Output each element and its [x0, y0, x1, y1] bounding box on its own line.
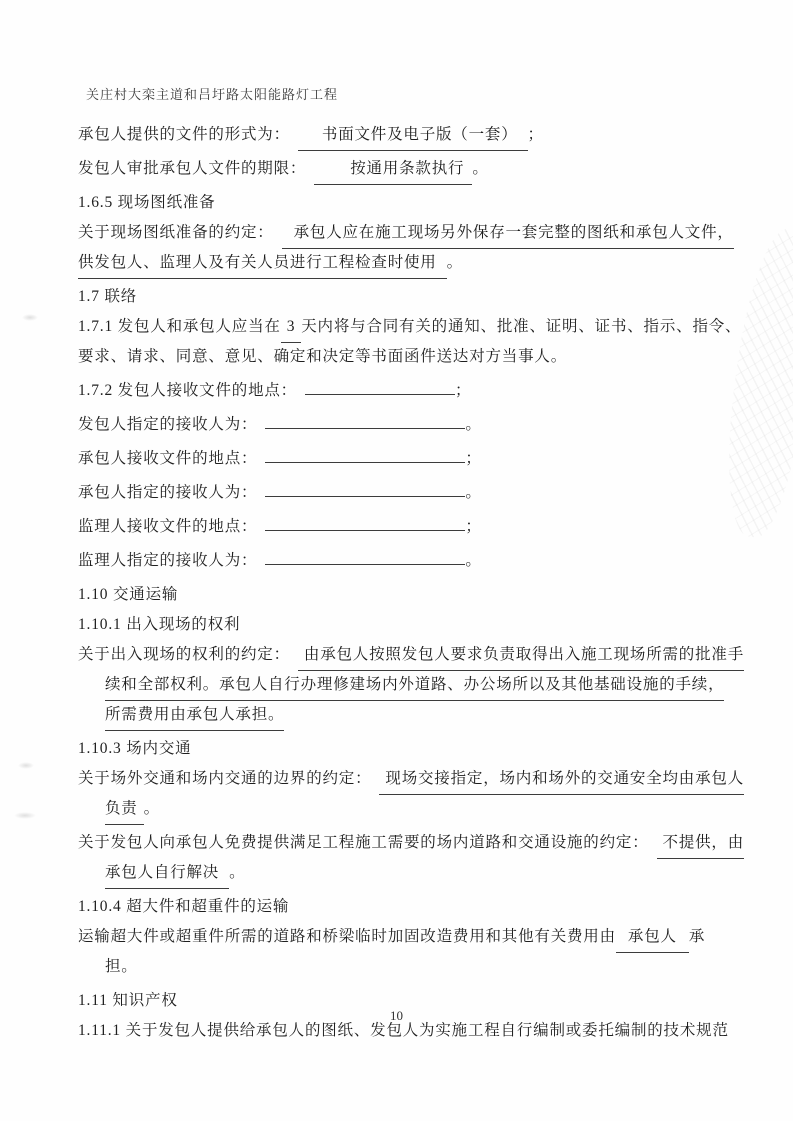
- line-1-7-1-b: 要求、请求、同意、意见、确定和决定等书面函件送达对方当事人。: [78, 342, 723, 372]
- access-label: 关于出入现场的权利的约定：: [78, 640, 290, 670]
- heading-1-6-5-text: 1.6.5 现场图纸准备: [78, 188, 215, 218]
- s171-pre: 1.7.1 发包人和承包人应当在: [78, 312, 281, 342]
- drawings-label: 关于现场图纸准备的约定：: [78, 218, 274, 248]
- boundary-fill-2: 负责: [105, 794, 144, 825]
- recipient-2-label: 承包人接收文件的地点：: [78, 444, 257, 474]
- boundary-label: 关于场外交通和场内交通的边界的约定：: [78, 764, 371, 794]
- page-number: 10: [0, 1008, 793, 1024]
- line-roads-2: 承包人自行解决。: [78, 858, 723, 888]
- s171-fill: 3: [281, 312, 302, 343]
- line-approval-period: 发包人审批承包人文件的期限：按通用条款执行。: [78, 154, 723, 184]
- approval-label: 发包人审批承包人文件的期限：: [78, 154, 306, 184]
- boundary-punct: 。: [144, 794, 160, 824]
- line-1-7-1-a: 1.7.1 发包人和承包人应当在3天内将与合同有关的通知、批准、证明、证书、指示…: [78, 312, 723, 342]
- recipient-1-blank-field: [265, 413, 465, 430]
- recipient-5-blank-field: [265, 549, 465, 566]
- heading-1-10-3: 1.10.3 场内交通: [78, 734, 723, 764]
- recipient-1-label: 发包人指定的接收人为：: [78, 410, 257, 440]
- recipient-2-punct: ；: [465, 444, 481, 474]
- line-1-7-2: 1.7.2 发包人接收文件的地点：；: [78, 376, 723, 406]
- file-format-punct: ；: [528, 120, 544, 150]
- recipient-3-punct: 。: [465, 478, 481, 508]
- recipient-2-blank-field: [265, 447, 465, 464]
- document-page: 关庄村大栾主道和吕圩路太阳能路灯工程 承包人提供的文件的形式为：书面文件及电子版…: [0, 0, 793, 1121]
- approval-fill: 按通用条款执行: [314, 154, 472, 185]
- heading-1-7-text: 1.7 联络: [78, 282, 137, 312]
- recipient-3-label: 承包人指定的接收人为：: [78, 478, 257, 508]
- scan-smudge-artifact: [22, 314, 38, 321]
- line-transport-2: 担。: [78, 952, 723, 982]
- s172-label: 1.7.2 发包人接收文件的地点：: [78, 376, 297, 406]
- drawings-fill-1: 承包人应在施工现场另外保存一套完整的图纸和承包人文件，: [282, 218, 734, 249]
- heading-1-10-4-text: 1.10.4 超大件和超重件的运输: [78, 892, 289, 922]
- access-fill-2: 续和全部权利。承包人自行办理修建场内外道路、办公场所以及其他基础设施的手续，: [105, 670, 724, 701]
- heading-1-10-1: 1.10.1 出入现场的权利: [78, 610, 723, 640]
- heading-1-7: 1.7 联络: [78, 282, 723, 312]
- scan-crumple-artifact: [714, 225, 793, 542]
- line-boundary-2: 负责。: [78, 794, 723, 824]
- recipient-4-punct: ；: [465, 512, 481, 542]
- line-recipient-4: 监理人接收文件的地点：；: [78, 512, 723, 542]
- document-body: 承包人提供的文件的形式为：书面文件及电子版（一套）； 发包人审批承包人文件的期限…: [78, 120, 723, 1046]
- roads-fill-1: 不提供，由: [657, 828, 745, 859]
- s172-blank-field: [305, 379, 455, 396]
- roads-punct: 。: [229, 858, 245, 888]
- access-fill-1: 由承包人按照发包人要求负责取得出入施工现场所需的批准手: [298, 640, 744, 671]
- transport-pre: 运输超大件或超重件所需的道路和桥梁临时加固改造费用和其他有关费用由: [78, 922, 616, 952]
- access-fill-3: 所需费用由承包人承担。: [105, 700, 284, 731]
- s172-punct: ；: [455, 376, 471, 406]
- file-format-label: 承包人提供的文件的形式为：: [78, 120, 290, 150]
- transport-post: 承: [689, 922, 705, 952]
- recipient-5-label: 监理人指定的接收人为：: [78, 546, 257, 576]
- recipient-3-blank-field: [265, 481, 465, 498]
- line-transport-1: 运输超大件或超重件所需的道路和桥梁临时加固改造费用和其他有关费用由承包人承: [78, 922, 723, 952]
- heading-1-10-1-text: 1.10.1 出入现场的权利: [78, 610, 240, 640]
- heading-1-6-5: 1.6.5 现场图纸准备: [78, 188, 723, 218]
- transport-line2: 担。: [105, 952, 138, 982]
- scan-smudge-artifact: [18, 762, 34, 769]
- document-header-project-title: 关庄村大栾主道和吕圩路太阳能路灯工程: [86, 84, 338, 103]
- drawings-punct: 。: [447, 248, 463, 278]
- recipient-1-punct: 。: [465, 410, 481, 440]
- drawings-fill-2: 供发包人、监理人及有关人员进行工程检查时使用: [78, 248, 447, 279]
- line-roads-1: 关于发包人向承包人免费提供满足工程施工需要的场内道路和交通设施的约定：不提供，由: [78, 828, 723, 858]
- s171-post: 天内将与合同有关的通知、批准、证明、证书、指示、指令、: [301, 312, 741, 342]
- line-drawings-2: 供发包人、监理人及有关人员进行工程检查时使用。: [78, 248, 723, 278]
- roads-fill-2: 承包人自行解决: [105, 858, 229, 889]
- roads-label: 关于发包人向承包人免费提供满足工程施工需要的场内道路和交通设施的约定：: [78, 828, 649, 858]
- line-recipient-5: 监理人指定的接收人为：。: [78, 546, 723, 576]
- line-file-format: 承包人提供的文件的形式为：书面文件及电子版（一套）；: [78, 120, 723, 150]
- line-access-3: 所需费用由承包人承担。: [78, 700, 723, 730]
- heading-1-10-4: 1.10.4 超大件和超重件的运输: [78, 892, 723, 922]
- s171-line2: 要求、请求、同意、意见、确定和决定等书面函件送达对方当事人。: [78, 342, 567, 372]
- approval-punct: 。: [472, 154, 488, 184]
- line-access-1: 关于出入现场的权利的约定：由承包人按照发包人要求负责取得出入施工现场所需的批准手: [78, 640, 723, 670]
- recipient-4-blank-field: [265, 515, 465, 532]
- line-recipient-2: 承包人接收文件的地点：；: [78, 444, 723, 474]
- line-drawings-1: 关于现场图纸准备的约定：承包人应在施工现场另外保存一套完整的图纸和承包人文件，: [78, 218, 723, 248]
- line-recipient-3: 承包人指定的接收人为：。: [78, 478, 723, 508]
- file-format-fill: 书面文件及电子版（一套）: [298, 120, 528, 151]
- line-recipient-1: 发包人指定的接收人为：。: [78, 410, 723, 440]
- recipient-5-punct: 。: [465, 546, 481, 576]
- heading-1-10-text: 1.10 交通运输: [78, 580, 178, 610]
- scan-smudge-artifact: [14, 812, 36, 819]
- line-boundary-1: 关于场外交通和场内交通的边界的约定：现场交接指定，场内和场外的交通安全均由承包人: [78, 764, 723, 794]
- heading-1-10-3-text: 1.10.3 场内交通: [78, 734, 191, 764]
- transport-fill: 承包人: [616, 922, 689, 953]
- heading-1-10: 1.10 交通运输: [78, 580, 723, 610]
- boundary-fill-1: 现场交接指定，场内和场外的交通安全均由承包人: [379, 764, 744, 795]
- line-access-2: 续和全部权利。承包人自行办理修建场内外道路、办公场所以及其他基础设施的手续，: [78, 670, 723, 700]
- recipient-4-label: 监理人接收文件的地点：: [78, 512, 257, 542]
